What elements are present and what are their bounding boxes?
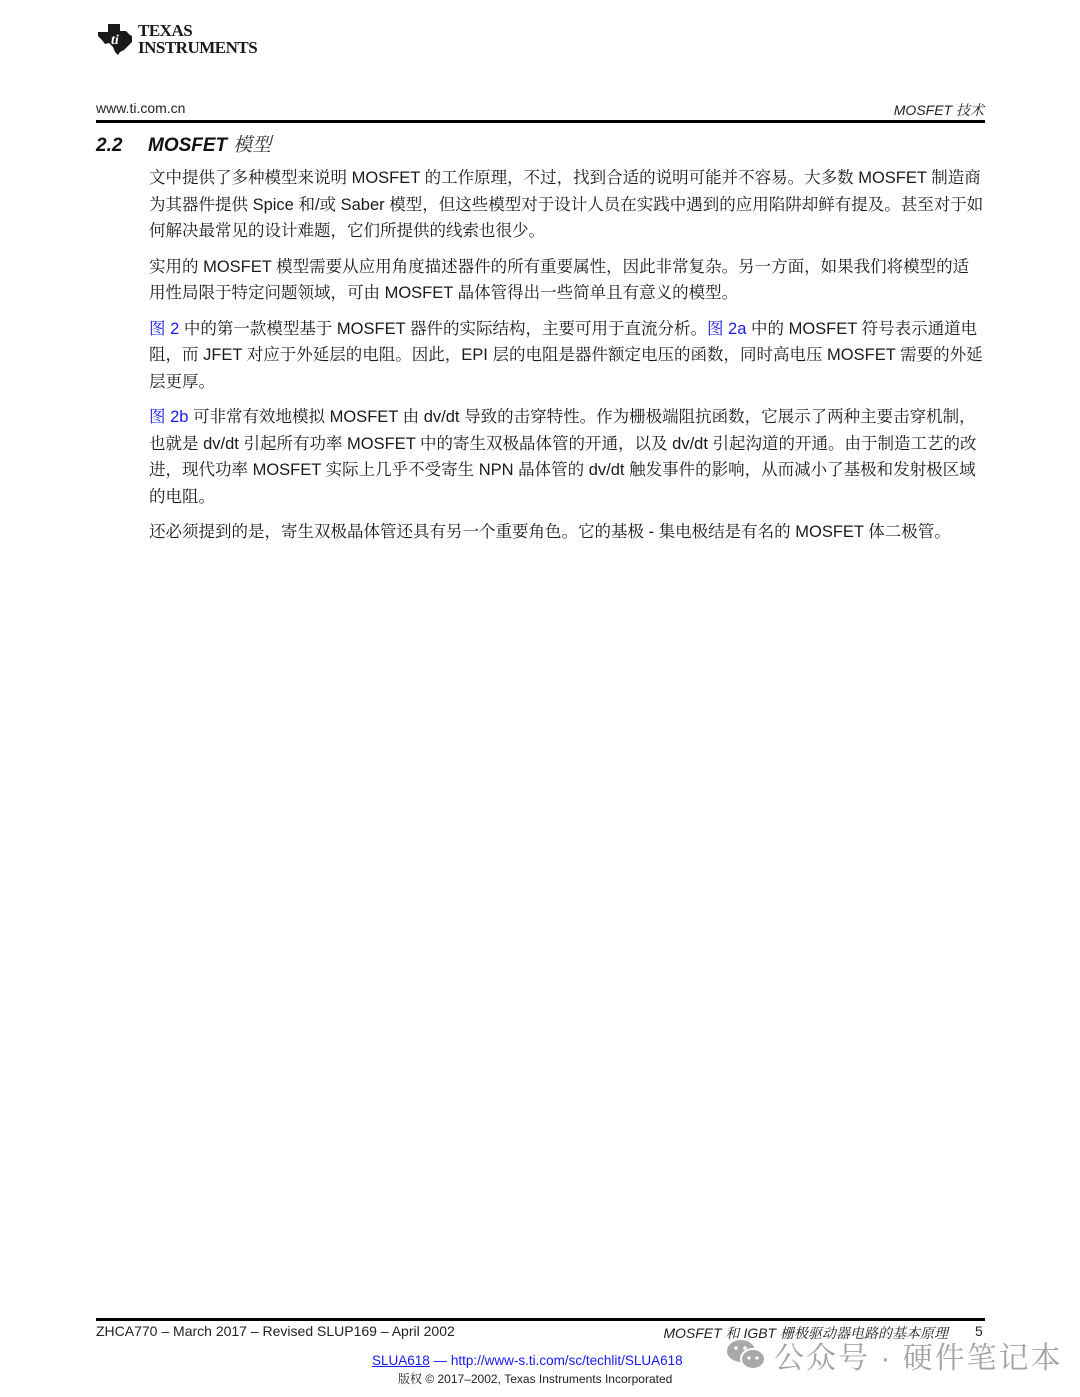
header-url[interactable]: www.ti.com.cn bbox=[96, 100, 185, 116]
footer-doc-id: ZHCA770 – March 2017 – Revised SLUP169 –… bbox=[96, 1323, 455, 1339]
footer-link-url[interactable]: http://www-s.ti.com/sc/techlit/SLUA618 bbox=[451, 1353, 683, 1368]
paragraph-5: 还必须提到的是，寄生双极晶体管还具有另一个重要角色。它的基极 - 集电极结是有名… bbox=[149, 519, 985, 546]
section-number: 2.2 bbox=[96, 135, 148, 157]
paragraph-3-text-a: 中的第一款模型基于 MOSFET 器件的实际结构，主要可用于直流分析。 bbox=[179, 320, 707, 338]
logo-line2: INSTRUMENTS bbox=[138, 39, 257, 56]
figure-2-link[interactable]: 图 2 bbox=[149, 320, 179, 338]
figure-2a-link[interactable]: 图 2a bbox=[707, 320, 746, 338]
paragraph-2: 实用的 MOSFET 模型需要从应用角度描述器件的所有重要属性，因此非常复杂。另… bbox=[149, 254, 985, 307]
header-rule bbox=[96, 120, 985, 123]
footer-link-sep: — bbox=[430, 1353, 451, 1368]
svg-text:ti: ti bbox=[111, 33, 119, 48]
footer-link-id[interactable]: SLUA618 bbox=[372, 1353, 430, 1368]
page-header: www.ti.com.cn MOSFET 技术 bbox=[96, 100, 984, 120]
paragraph-3: 图 2 中的第一款模型基于 MOSFET 器件的实际结构，主要可用于直流分析。图… bbox=[149, 316, 985, 396]
footer-rule bbox=[96, 1318, 985, 1321]
watermark-text: 公众号 · 硬件笔记本 bbox=[774, 1333, 1063, 1377]
section-title-cjk: 模型 bbox=[233, 130, 271, 157]
logo-line1: TEXAS bbox=[138, 22, 257, 39]
section-title-latin: MOSFET bbox=[148, 135, 227, 157]
texas-state-icon: ti bbox=[96, 22, 134, 56]
paragraph-1: 文中提供了多种模型来说明 MOSFET 的工作原理，不过，找到合适的说明可能并不… bbox=[149, 165, 985, 245]
paragraph-4: 图 2b 可非常有效地模拟 MOSFET 由 dv/dt 导致的击穿特性。作为栅… bbox=[149, 404, 985, 510]
paragraph-4-text: 可非常有效地模拟 MOSFET 由 dv/dt 导致的击穿特性。作为栅极端阻抗函… bbox=[149, 408, 977, 506]
watermark: 公众号 · 硬件笔记本 bbox=[726, 1333, 1063, 1377]
ti-logo: ti TEXAS INSTRUMENTS bbox=[96, 22, 257, 56]
header-section: MOSFET 技术 bbox=[894, 100, 984, 120]
footer-link[interactable]: SLUA618 — http://www-s.ti.com/sc/techlit… bbox=[372, 1353, 683, 1368]
wechat-icon bbox=[726, 1338, 766, 1372]
section-heading: 2.2 MOSFET 模型 bbox=[96, 130, 271, 157]
body-content: 文中提供了多种模型来说明 MOSFET 的工作原理，不过，找到合适的说明可能并不… bbox=[149, 165, 985, 555]
figure-2b-link[interactable]: 图 2b bbox=[149, 408, 188, 426]
footer-copyright: 版权 © 2017–2002, Texas Instruments Incorp… bbox=[398, 1370, 672, 1387]
